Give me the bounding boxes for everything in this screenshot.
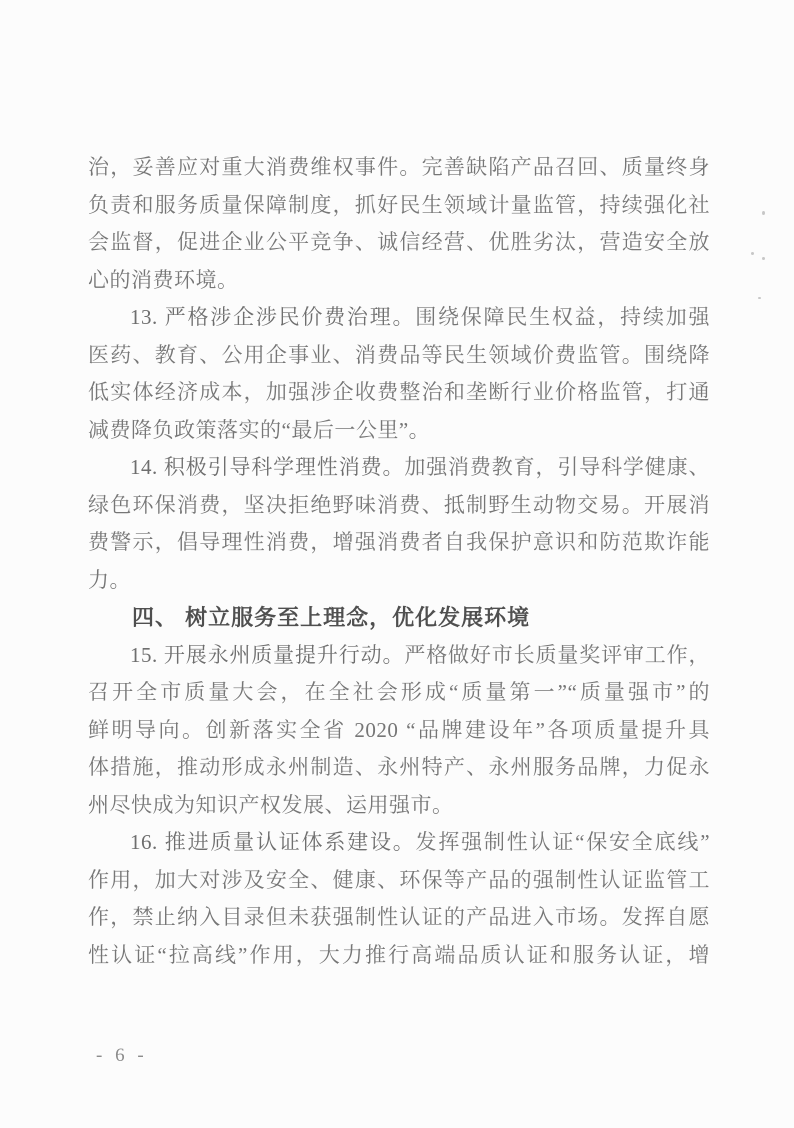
document-text-block: 治，妥善应对重大消费维权事件。完善缺陷产品召回、质量终身 负责和服务质量保障制度… [88,149,710,974]
text-line: 14. 积极引导科学理性消费。加强消费教育，引导科学健康、 [88,449,710,487]
text-line: 费警示，倡导理性消费，增强消费者自我保护意识和防范欺诈能 [88,524,710,562]
text-line: 会监督，促进企业公平竞争、诚信经营、优胜劣汰，营造安全放 [88,224,710,262]
text-line: 作，禁止纳入目录但未获强制性认证的产品进入市场。发挥自愿 [88,899,710,937]
item-16-title: 16. 推进质量认证体系建设。 [130,830,416,854]
scan-speck [762,211,765,215]
section-heading: 四、 树立服务至上理念，优化发展环境 [88,599,710,637]
text-line: 15. 开展永州质量提升行动。严格做好市长质量奖评审工作， [88,637,710,675]
text-line: 召开全市质量大会，在全社会形成“质量第一”“质量强市”的 [88,674,710,712]
text-line: 减费降负政策落实的“最后一公里”。 [88,412,710,450]
text-line: 体措施，推动形成永州制造、永州特产、永州服务品牌，力促永 [88,749,710,787]
text-line: 医药、教育、公用企事业、消费品等民生领域价费监管。围绕降 [88,337,710,375]
scan-speck [751,252,754,255]
text-line: 性认证“拉高线”作用，大力推行高端品质认证和服务认证，增 [88,937,710,975]
item-15-body-start: 严格做好市长质量奖评审工作， [404,643,710,667]
text-line: 州尽快成为知识产权发展、运用强市。 [88,787,710,825]
item-14-title: 14. 积极引导科学理性消费。 [130,455,404,479]
text-line: 16. 推进质量认证体系建设。发挥强制性认证“保安全底线” [88,824,710,862]
text-line: 作用，加大对涉及安全、健康、环保等产品的强制性认证监管工 [88,862,710,900]
item-14-body-start: 加强消费教育，引导科学健康、 [404,455,710,479]
text-line: 绿色环保消费，坚决拒绝野味消费、抵制野生动物交易。开展消 [88,487,710,525]
text-line: 负责和服务质量保障制度，抓好民生领域计量监管，持续强化社 [88,187,710,225]
text-line: 13. 严格涉企涉民价费治理。围绕保障民生权益，持续加强 [88,299,710,337]
item-16-body-start: 发挥强制性认证“保安全底线” [416,830,710,854]
text-line: 心的消费环境。 [88,262,710,300]
page-number: - 6 - [96,1042,148,1070]
document-page: 治，妥善应对重大消费维权事件。完善缺陷产品召回、质量终身 负责和服务质量保障制度… [0,0,794,1128]
item-13-body-start: 围绕保障民生权益，持续加强 [415,305,710,329]
text-line: 低实体经济成本，加强涉企收费整治和垄断行业价格监管，打通 [88,374,710,412]
scan-speck [762,257,765,260]
text-line: 力。 [88,562,710,600]
text-line: 鲜明导向。创新落实全省 2020 “品牌建设年”各项质量提升具 [88,712,710,750]
item-15-title: 15. 开展永州质量提升行动。 [130,643,404,667]
item-13-title: 13. 严格涉企涉民价费治理。 [130,305,415,329]
scan-speck [758,297,761,299]
text-line: 治，妥善应对重大消费维权事件。完善缺陷产品召回、质量终身 [88,149,710,187]
